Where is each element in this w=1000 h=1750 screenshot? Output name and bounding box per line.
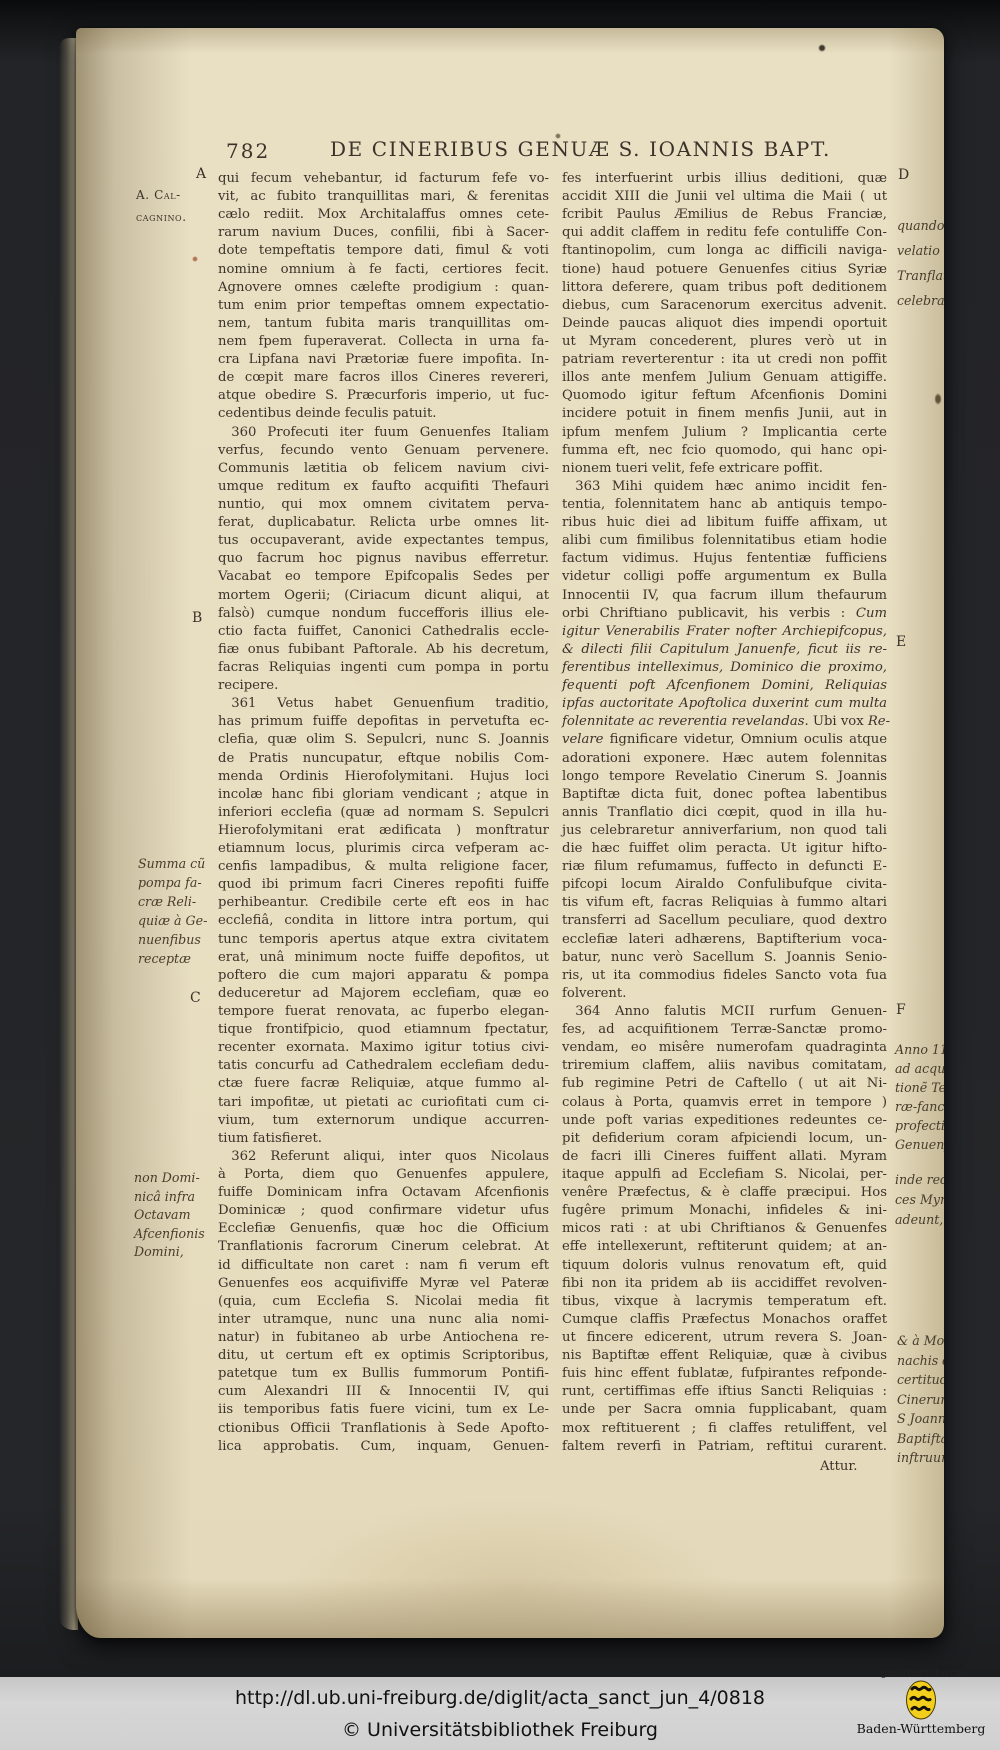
text-line: colaus à Porta, quamvis erret in tempore… [562,1094,887,1112]
text-line: ecclefiæ lateri adhærens, Baptifterium v… [562,931,887,949]
text-line: venêre Præfectus, & è claffe præcipui. H… [562,1184,887,1202]
text-line: mox reftituerent ; fi claffes retuliffen… [562,1420,887,1438]
text-line: quo facrum hoc pignus navibus efferretur… [218,550,549,568]
text-line: micos rati : at ubi Chriftianos & Genuen… [562,1220,887,1238]
text-line: folennitate ac reverentia revelandas. Ub… [562,713,887,731]
text-line: Deinde paucas aliquot dies impendi oport… [562,315,887,333]
margin-note-non-dominica: non Domi- nicâ infra Octavam Afcenfionis… [134,1169,220,1262]
text-line: clefia, quæ olim S. Sepulcri, nunc S. Jo… [218,731,549,749]
text-line: nuntio, qui mox omnem civitatem perva- [218,496,549,514]
text-line: fugêre primum Monachi, infideles & ini- [562,1202,887,1220]
text-line: lica approbatis. Cum, inquam, Genuen- [218,1438,549,1456]
text-line: vium, tum externorum undique accurren- [218,1112,549,1130]
section-letter-a: A [196,166,206,182]
text-line: nem fpem fuperaverat. Collecta in urna f… [218,333,549,351]
text-line: ecclefiâ, condita in littore intra portu… [218,912,549,930]
text-line: cenfis lampadibus, & multa religione fac… [218,858,549,876]
text-line: nionem tueri velit, fefe extricare poffi… [562,460,887,478]
text-column-right: fes interfuerint urbis illius deditioni,… [562,170,887,1456]
text-line: ditu, ut certum eft ex optimis Scriptori… [218,1347,549,1365]
text-line: tentia, folennitatem hanc ab antiquis te… [562,496,887,514]
text-line: umque reditum ex faufto acquifiti Thefau… [218,478,549,496]
text-line: Dominicæ ; quod confirmare videtur ufus [218,1202,549,1220]
margin-note-quando-revelatio: quando Re- velatio non Tranflatio celebr… [897,213,944,313]
margin-note-anno-1102: Anno 1102 ad acquifi- tionẽ Ter- ræ-fanc… [895,1040,944,1154]
text-line: ut fincere edicerent, utrum revera S. Jo… [562,1329,887,1347]
text-line: alibi cum fimilibus folennitatibus etiam… [562,532,887,550]
text-line: rarum navium Duces, confilii, fibi à Sac… [218,224,549,242]
margin-note-attribution: A. Cal- cagnino. [136,184,222,228]
text-line: verfus, fecundo vento Genuam pervenere. [218,442,549,460]
text-line: tione) haud potuere Genuenfes citius Syr… [562,261,887,279]
funded-by-label: gefördert durch [846,1668,996,1679]
text-line: ipfas auctoritate Apoftolica duxerint cu… [562,695,887,713]
text-line: tempore fuerat renovata, ac fuperbo eleg… [218,1003,549,1021]
text-line: incolæ hanc fibi gloriam vendicant ; atq… [218,786,549,804]
text-line: pifcopi locum Airaldo Confulibufque civi… [562,876,887,894]
text-line: erat, unâ minimum nocte fuiffe depofitos… [218,949,549,967]
text-line: qui addit claffem in reditu fefe contuli… [562,224,887,242]
text-line: fiæ onus fubibant Paftorale. Ab his decr… [218,641,549,659]
text-line: dote tempeftatis tempore dati, fimul & v… [218,242,549,260]
section-letter-e: E [896,634,906,650]
text-line: illos ante menfem Julium Genuam attigiff… [562,369,887,387]
text-line: id difficultate non caret : nam fi verum… [218,1257,549,1275]
text-line: nem, tantum fubita maris tranquillitas o… [218,315,549,333]
text-line: vendam, eo misêre numerofam quadraginta [562,1039,887,1057]
text-line: die hæc fuiffet olim peracta. Ut igitur … [562,840,887,858]
text-line: ctionibus Officii Tranflationis à Sede A… [218,1420,549,1438]
text-line: qui fecum vehebantur, id facturum fefe v… [218,170,549,188]
text-line: ferat, duplicabatur. Relicta urbe omnes … [218,514,549,532]
text-line: ut Myram concederent, plures verò ut in [562,333,887,351]
text-line: Quomodo igitur feftum Afcenfionis Domini [562,387,887,405]
text-line: Innocentii IV, qua facrum illum thefauru… [562,587,887,605]
text-line: tum enim prior tempeftas omnem expectati… [218,297,549,315]
text-line: fes interfuerint urbis illius deditioni,… [562,170,887,188]
text-line: videtur colligi poffe argumentum ex Bull… [562,568,887,586]
text-line: effe intellexerunt, reftiterunt quidem; … [562,1238,887,1256]
text-line: pit defiderium coram afpiciendi locum, u… [562,1130,887,1148]
text-line: ctæ fuere facræ Reliquiæ, atque fummo al… [218,1075,549,1093]
text-line: fuiffe Dominicam infra Octavam Afcenfion… [218,1184,549,1202]
text-line: natur) in fubitaneo ab urbe Antiochena r… [218,1329,549,1347]
text-line: cra Lipfana navi Prætoriæ fuere impofita… [218,351,549,369]
text-line: 360 Profecuti iter fuum Genuenfes Italia… [218,424,549,442]
text-line: tibus, vixque à lacrymis temperatum eft. [562,1293,887,1311]
text-line: patetque tum ex Bullis fummorum Pontifi- [218,1365,549,1383]
text-line: incidere potuit in finem menfis Junii, a… [562,405,887,423]
text-line: Vacabat eo tempore Epifcopalis Sedes per [218,568,549,586]
text-line: tiquum doloris vulnus renovatum eft, qui… [562,1257,887,1275]
text-line: 363 Mihi quidem hæc animo incidit fen- [562,478,887,496]
text-line: iis temporibus fatis fuere vicini, tum e… [218,1401,549,1419]
margin-note-summa-pompa: Summa cũ pompa fa- cræ Reli- quiæ à Ge- … [138,854,224,968]
text-line: accidit XIII die Junii vel ultima die Ma… [562,188,887,206]
book-page-scan: 782 DE CINERIBUS GENUÆ S. IOANNIS BAPT. … [76,28,944,1638]
text-line: ribus huic diei ad libitum fuiffe affixa… [562,514,887,532]
catchword: Attur. [820,1459,857,1474]
text-line: ipfum menfem Julium ? Implicantia certe [562,424,887,442]
text-line: mortem Ogerii; (Ciriacum dicunt aliqui, … [218,587,549,605]
funder-block: gefördert durch Baden-Württemberg [846,1668,996,1736]
text-line: poftero die cum majori apparatu & pompa [218,967,549,985]
text-line: faltem reverfi in Patriam, reftitui cura… [562,1438,887,1456]
text-line: facras Reliquias ingenti cum pompa in po… [218,659,549,677]
text-line: tium fatisfieret. [218,1130,549,1148]
text-line: inferiori ecclefia (quæ ad normam S. Sep… [218,804,549,822]
text-line: Cumque claffis Præfectus Monachos oraffe… [562,1311,887,1329]
text-line: riæ filum refumamus, fuffecto in defunct… [562,858,887,876]
section-letter-f: F [896,1002,906,1018]
text-line: à Porta, diem quo Genuenfes appulere, [218,1166,549,1184]
text-line: fequenti poft Afcenfionem Domini, Reliqu… [562,677,887,695]
text-line: runt, certiffimas effe iftius Sancti Rel… [562,1383,887,1401]
text-line: transferri ad Sacellum peculiare, quod d… [562,912,887,930]
text-line: factum vidimus. Hujus fententiæ fufficie… [562,550,887,568]
footer-bar: http://dl.ub.uni-freiburg.de/diglit/acta… [0,1677,1000,1750]
text-line: inter utramque, nunc una nunc alia nomi- [218,1311,549,1329]
text-line: tis vifum eft, facras Reliquias à fummo … [562,894,887,912]
text-line: Communis lætitia ob felicem navium civi- [218,460,549,478]
text-line: cum Alexandri III & Innocentii IV, qui [218,1383,549,1401]
text-line: perhibeantur. Credibile certe eft eos in… [218,894,549,912]
text-line: 361 Vetus habet Genuenfium traditio, [218,695,549,713]
page-number: 782 [226,139,270,163]
text-line: tus occupaverant, avide expectantes temp… [218,532,549,550]
text-line: nis Baptiftæ effent Reliquiæ, quæ à civi… [562,1347,887,1365]
running-title: DE CINERIBUS GENUÆ S. IOANNIS BAPT. [330,137,802,161]
text-line: itaque appulfi ad Ecclefiam S. Nicolai, … [562,1166,887,1184]
text-column-left: qui fecum vehebantur, id facturum fefe v… [218,170,549,1456]
text-line: (quia, cum Ecclefia S. Nicolai media fit [218,1293,549,1311]
text-line: 362 Referunt aliqui, inter quos Nicolaus [218,1148,549,1166]
text-line: recipere. [218,677,549,695]
margin-note-inde-reduces: inde redu- ces Myram adeunt, [895,1170,944,1230]
text-line: Baptiftæ dicta fuit, donec poftea labent… [562,786,887,804]
text-line: patriam reverterentur : ita ut credi non… [562,351,887,369]
text-line: fuis hinc effent fublatæ, fufpirantes re… [562,1365,887,1383]
text-line: cælo rediit. Mox Architalaffus omnes cet… [218,206,549,224]
text-line: fcribit Paulus Æmilius de Rebus Franciæ, [562,206,887,224]
text-line: ctio facta fuiffet, Canonici Cathedralis… [218,623,549,641]
text-line: Hierofolymitani erat ædificata ) monftra… [218,822,549,840]
text-line: ftantinopolim, cum longa ac difficili na… [562,242,887,260]
text-line: 364 Anno falutis MCII rurfum Genuen- [562,1003,887,1021]
text-line: tatis concurfu ad Cathedralem ecclefiam … [218,1057,549,1075]
text-line: Tranflationis facrorum Cinerum celebrat.… [218,1238,549,1256]
section-letter-d: D [898,167,909,183]
text-line: annis Tranflatio dici cœpit, quod in ill… [562,804,887,822]
text-line: fub regimine Petri de Caftello ( ut ait … [562,1075,887,1093]
text-line: quod ibi primum facri Cineres repofiti f… [218,876,549,894]
margin-note-a-monachis: & à Mo- nachis de certitudine Cinerum S … [897,1331,944,1468]
text-line: etiamnum locus, plurimis circa vefperam … [218,840,549,858]
text-line: littora deferere, quam tribus poft dedit… [562,279,887,297]
text-line: triremium claffem, aliis navibus comitat… [562,1057,887,1075]
section-letter-b: B [192,610,202,626]
text-line: folverent. [562,985,887,1003]
text-line: fibi non ita pridem ab iis accidiffet re… [562,1275,887,1293]
text-line: ferentibus intelleximus, Dominico die pr… [562,659,887,677]
text-line: Agnovere omnes cælefte prodigium : quan- [218,279,549,297]
text-line: deduceretur ad Majorem ecclefiam, quæ eo [218,985,549,1003]
text-line: batur, nunc verò Sacellum S. Joannis Sen… [562,949,887,967]
text-line: adorationi exponere. Hæc autem folennita… [562,750,887,768]
text-line: tunc temporis apertus atque extra civita… [218,931,549,949]
baden-wuerttemberg-coat-of-arms-icon [905,1680,937,1720]
text-line: ris, ut ita commodius fideles Sancto vot… [562,967,887,985]
text-line: Genuenfes eos acquifiviffe Myræ vel Pate… [218,1275,549,1293]
text-line: fumma eft, nec fcio quomodo, qui hanc op… [562,442,887,460]
text-line: fes, ad acquifitionem Terræ-Sanctæ promo… [562,1021,887,1039]
text-line: & dilecti filii Capitulum Januenfe, ficu… [562,641,887,659]
text-line: recenter exornata. Maximo igitur totius … [218,1039,549,1057]
text-line: jus celebraretur anniverfarium, non quod… [562,822,887,840]
text-line: tique frontifpicio, quod etiamnum fpecta… [218,1021,549,1039]
funder-name: Baden-Württemberg [846,1721,996,1736]
text-line: Ecclefiæ Genuenfis, quæ hoc die Officium [218,1220,549,1238]
text-line: igitur Venerabilis Frater nofter Archiep… [562,623,887,641]
text-line: diebus, cum Saracenorum exercitus adveni… [562,297,887,315]
text-line: unde poft varias expeditiones redeuntes … [562,1112,887,1130]
text-line: vit, ac fubito tranquillitas mari, & fer… [218,188,549,206]
text-line: atque obedire S. Præcurforis imperio, ut… [218,387,549,405]
text-line: falsò) cumque nondum fuccefforis illius … [218,605,549,623]
text-line: de Pratis nuncupatur, eftque nobilis Com… [218,750,549,768]
text-line: longo tempore Revelatio Cinerum S. Joann… [562,768,887,786]
text-line: velare fignificare videtur, Omnium oculi… [562,731,887,749]
text-line: orbi Chriftiano publicavit, his verbis :… [562,605,887,623]
text-line: cedentibus deinde feculis patuit. [218,405,549,423]
text-line: de facri illi Cineres fuiffent allati. M… [562,1148,887,1166]
text-line: de cœpit mare facros illos Cineres rever… [218,369,549,387]
text-line: nomine omnium à fe facti, certiores feci… [218,261,549,279]
text-line: unde per Sacra omnia fupplicabant, quam [562,1401,887,1419]
text-line: tari impofitæ, ut pietati ac curiofitati… [218,1094,549,1112]
section-letter-c: C [190,990,201,1006]
text-line: has primum fuiffe depofitas in pervetuft… [218,713,549,731]
text-line: menda Ordinis Hierofolymitani. Hujus loc… [218,768,549,786]
